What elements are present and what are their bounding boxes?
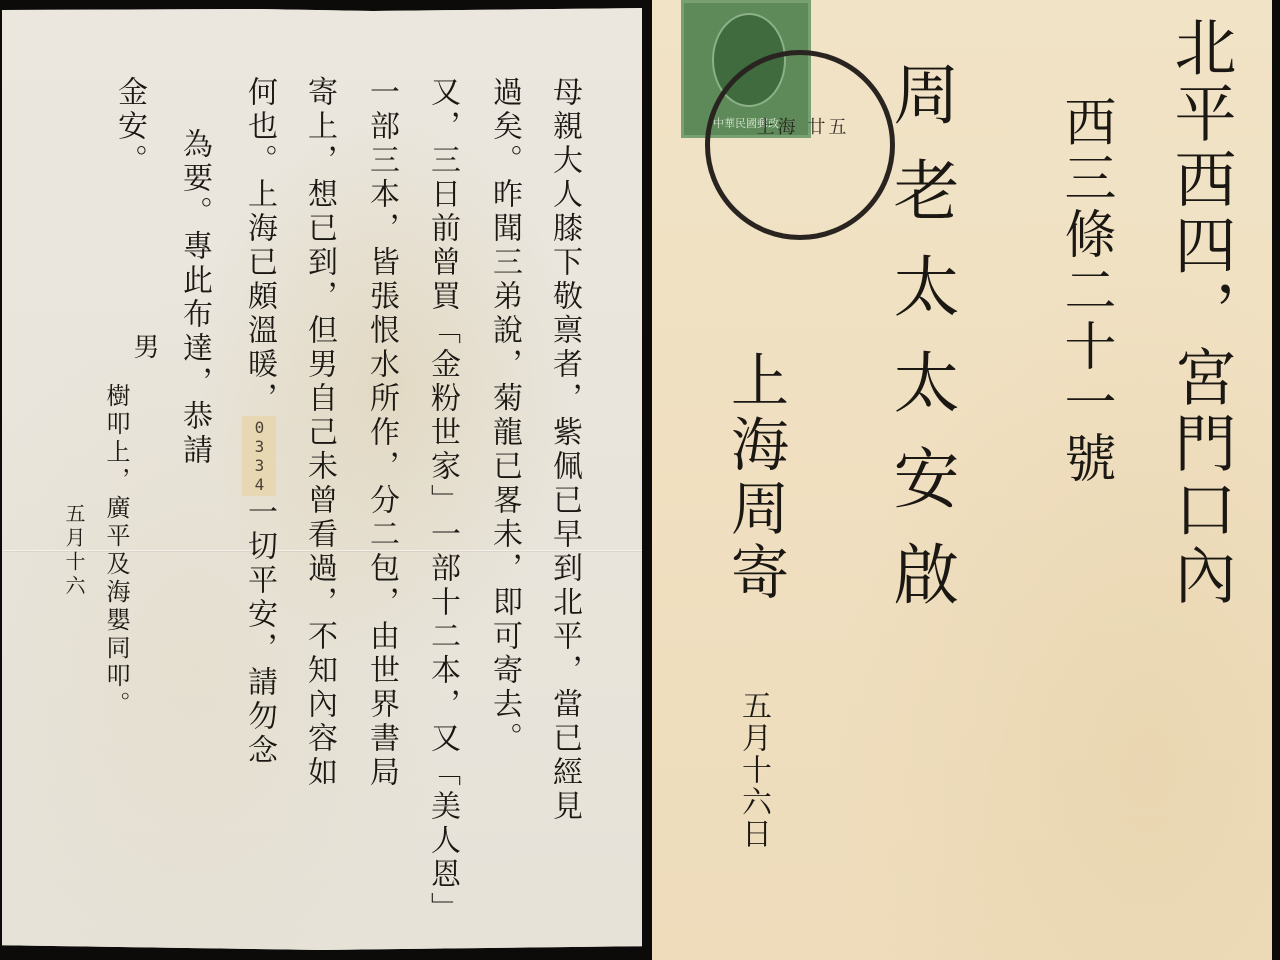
signature: 樹叩上，廣平及海嬰同叩。 <box>102 383 130 719</box>
letter-column-3: 又，三日前曾買「金粉世家」一部十二本，又「美人恩」 <box>425 76 459 926</box>
postmark-text: 上海 廿五 <box>738 115 868 141</box>
sender: 上海周寄 <box>720 350 790 606</box>
archive-label: 0334 <box>242 416 276 496</box>
letter-date: 五月十六 <box>62 503 86 599</box>
recipient-name: 周老太太安啟 <box>885 60 955 636</box>
address-line-1: 北平西四，宮門口內 <box>1165 15 1235 609</box>
sender-date: 五月十六日 <box>735 690 771 850</box>
letter-column-1: 母親大人膝下敬禀者，紫佩已早到北平，當已經見 <box>547 76 581 824</box>
letter-column-6: 何也。上海已頗溫暖，0334一切平安，請勿念 <box>242 76 276 768</box>
closing-son: 男 <box>127 333 161 363</box>
letter-column-6-text: 何也。上海已頗溫暖， <box>242 76 277 416</box>
postmark: 上海 廿五 <box>705 50 895 240</box>
letter-column-7-text: 一切平安，請勿念 <box>242 496 277 768</box>
letter-column-5: 寄上，想已到，但男自己未曾看過，不知內容如 <box>302 76 336 790</box>
letter-column-2: 過矣。昨聞三弟說，菊龍已畧未，即可寄去。 <box>487 76 521 756</box>
address-line-2: 西三條二十一號 <box>1055 95 1115 487</box>
letter-page: 母親大人膝下敬禀者，紫佩已早到北平，當已經見 過矣。昨聞三弟說，菊龍已畧未，即可… <box>2 8 642 950</box>
letter-column-8: 為要。專此布達，恭請 <box>177 128 211 468</box>
frame-border <box>1272 0 1280 960</box>
letter-column-9: 金安。 <box>112 76 146 178</box>
letter-column-4: 一部三本，皆張恨水所作，分二包，由世界書局 <box>364 76 398 790</box>
